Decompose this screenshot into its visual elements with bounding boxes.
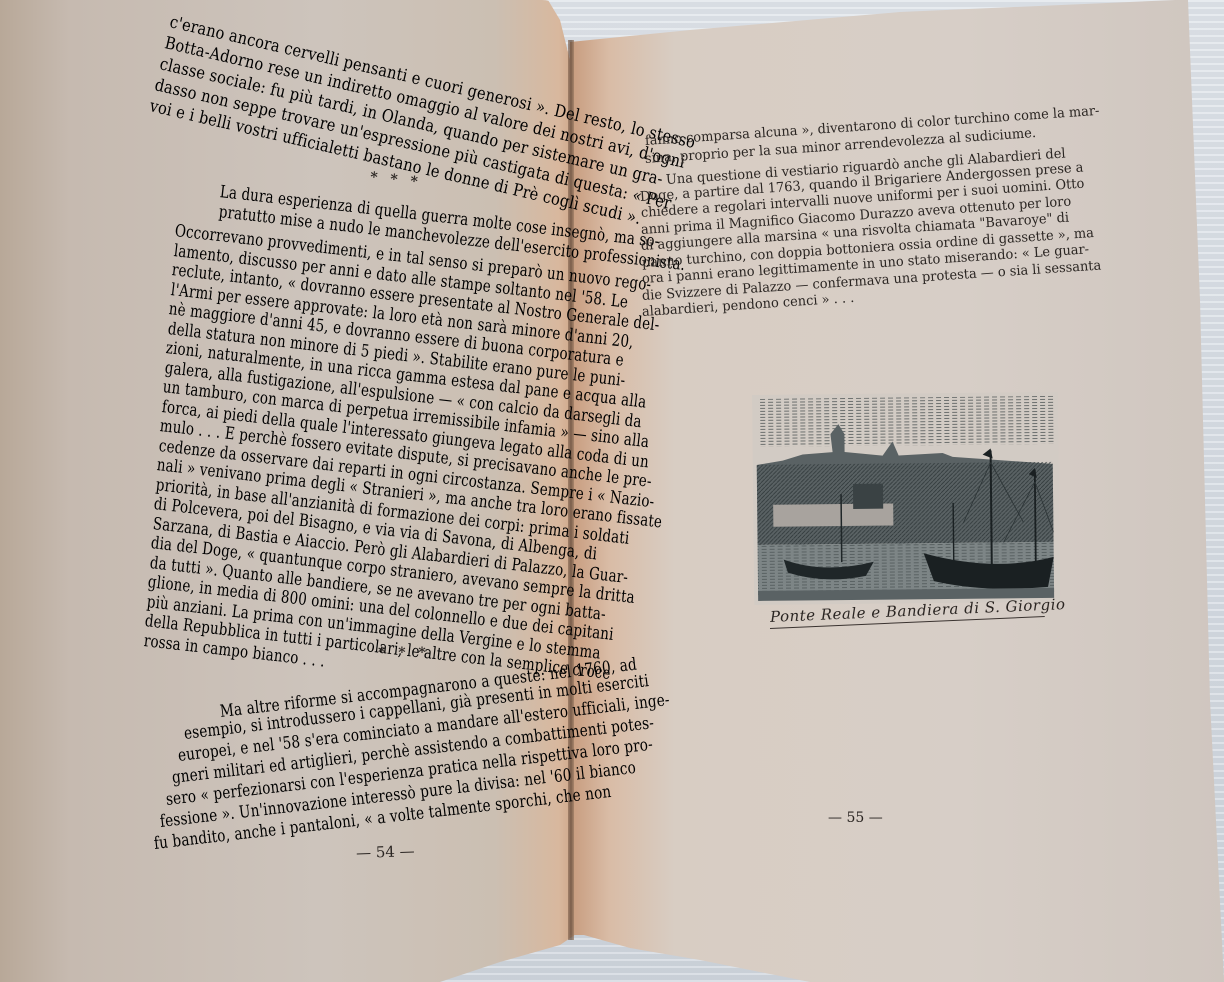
page-number-right: — 55 —: [828, 810, 883, 826]
section-separator-2: * * *: [378, 645, 430, 661]
page-number-left: — 54 —: [356, 842, 415, 862]
harbor-engraving-image: [752, 392, 1060, 605]
